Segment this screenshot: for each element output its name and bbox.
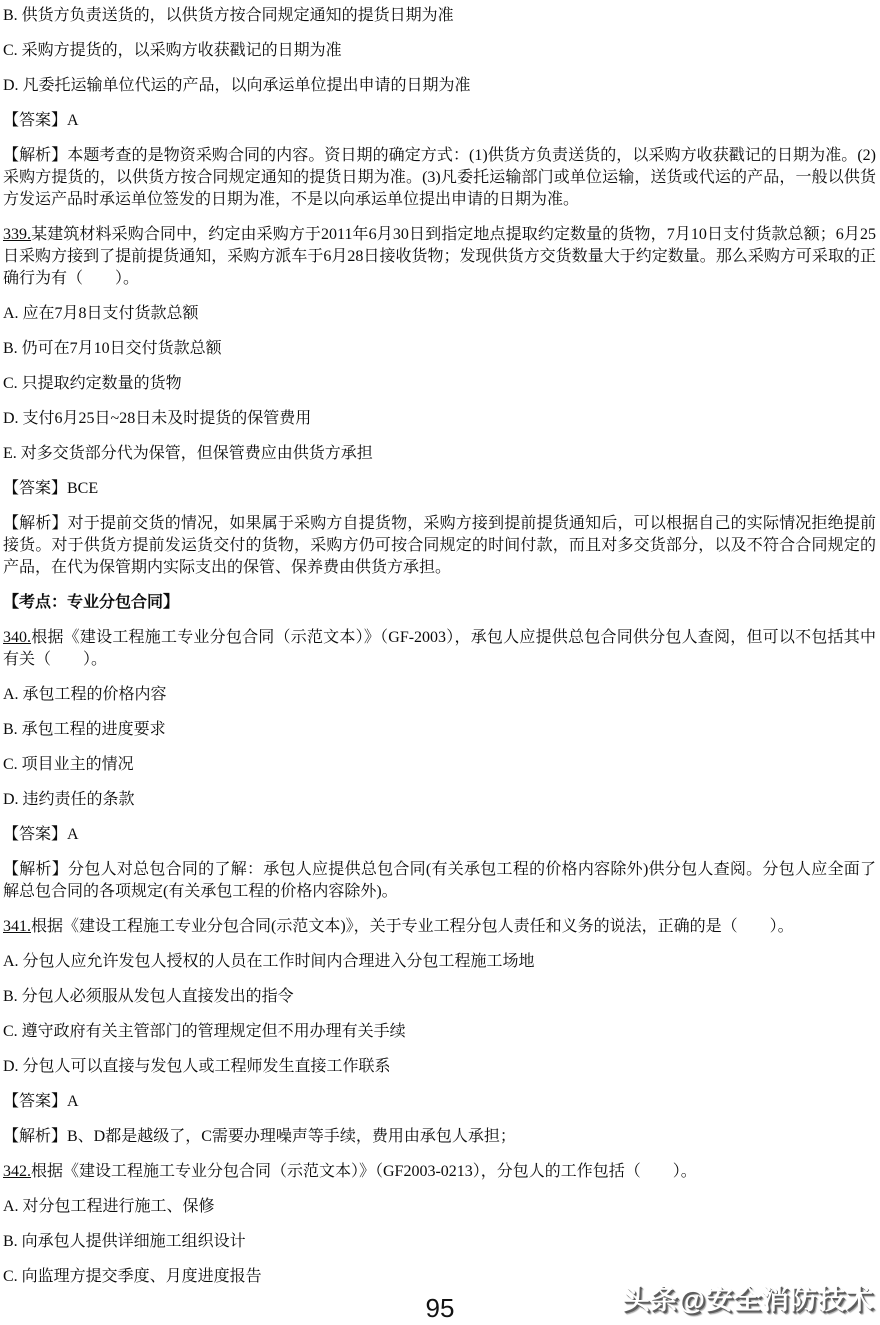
- question-339-text: 某建筑材料采购合同中，约定由采购方于2011年6月30日到指定地点提取约定数量的…: [3, 226, 876, 287]
- q340-option-c: C. 项目业主的情况: [3, 754, 876, 776]
- prev-question-answer: 【答案】A: [3, 110, 876, 132]
- q339-option-c: C. 只提取约定数量的货物: [3, 373, 876, 395]
- prev-question-analysis: 【解析】本题考查的是物资采购合同的内容。资日期的确定方式：(1)供货方负责送货的…: [3, 145, 876, 211]
- q340-option-b: B. 承包工程的进度要求: [3, 719, 876, 741]
- q341-option-d: D. 分包人可以直接与发包人或工程师发生直接工作联系: [3, 1056, 876, 1078]
- question-339: 339.某建筑材料采购合同中，约定由采购方于2011年6月30日到指定地点提取约…: [3, 224, 876, 290]
- question-342-text: 根据《建设工程施工专业分包合同（示范文本）》（GF2003-0213），分包人的…: [31, 1163, 697, 1180]
- q341-option-b: B. 分包人必须服从发包人直接发出的指令: [3, 986, 876, 1008]
- q339-answer: 【答案】BCE: [3, 478, 876, 500]
- q339-option-a: A. 应在7月8日支付货款总额: [3, 303, 876, 325]
- q342-option-a: A. 对分包工程进行施工、保修: [3, 1196, 876, 1218]
- q341-answer: 【答案】A: [3, 1091, 876, 1113]
- question-340-text: 根据《建设工程施工专业分包合同（示范文本）》（GF-2003），承包人应提供总包…: [3, 629, 876, 668]
- q341-analysis: 【解析】B、D都是越级了，C需要办理噪声等手续，费用由承包人承担；: [3, 1126, 876, 1148]
- q339-option-e: E. 对多交货部分代为保管，但保管费应由供货方承担: [3, 443, 876, 465]
- q340-answer: 【答案】A: [3, 824, 876, 846]
- prev-question-option-d: D. 凡委托运输单位代运的产品，以向承运单位提出申请的日期为准: [3, 75, 876, 97]
- exam-point-heading: 【考点：专业分包合同】: [3, 592, 876, 614]
- q341-option-c: C. 遵守政府有关主管部门的管理规定但不用办理有关手续: [3, 1021, 876, 1043]
- prev-question-option-b: B. 供货方负责送货的，以供货方按合同规定通知的提货日期为准: [3, 5, 876, 27]
- question-340: 340.根据《建设工程施工专业分包合同（示范文本）》（GF-2003），承包人应…: [3, 627, 876, 671]
- question-341-number: 341.: [3, 918, 31, 935]
- prev-question-option-c: C. 采购方提货的，以采购方收获戳记的日期为准: [3, 40, 876, 62]
- question-339-number: 339.: [3, 226, 31, 243]
- q340-option-a: A. 承包工程的价格内容: [3, 684, 876, 706]
- question-340-number: 340.: [3, 629, 31, 646]
- document-page: B. 供货方负责送货的，以供货方按合同规定通知的提货日期为准 C. 采购方提货的…: [0, 0, 880, 1325]
- q340-option-d: D. 违约责任的条款: [3, 789, 876, 811]
- watermark: 头条@安全消防技术: [623, 1289, 874, 1311]
- q342-option-b: B. 向承包人提供详细施工组织设计: [3, 1231, 876, 1253]
- q339-option-b: B. 仍可在7月10日交付货款总额: [3, 338, 876, 360]
- question-342-number: 342.: [3, 1163, 31, 1180]
- q340-analysis: 【解析】分包人对总包合同的了解：承包人应提供总包合同(有关承包工程的价格内容除外…: [3, 859, 876, 903]
- question-341-text: 根据《建设工程施工专业分包合同(示范文本)》，关于专业工程分包人责任和义务的说法…: [31, 918, 794, 935]
- question-342: 342.根据《建设工程施工专业分包合同（示范文本）》（GF2003-0213），…: [3, 1161, 876, 1183]
- q339-option-d: D. 支付6月25日~28日未及时提货的保管费用: [3, 408, 876, 430]
- q341-option-a: A. 分包人应允许发包人授权的人员在工作时间内合理进入分包工程施工场地: [3, 951, 876, 973]
- q339-analysis: 【解析】对于提前交货的情况，如果属于采购方自提货物，采购方接到提前提货通知后，可…: [3, 513, 876, 579]
- question-341: 341.根据《建设工程施工专业分包合同(示范文本)》，关于专业工程分包人责任和义…: [3, 916, 876, 938]
